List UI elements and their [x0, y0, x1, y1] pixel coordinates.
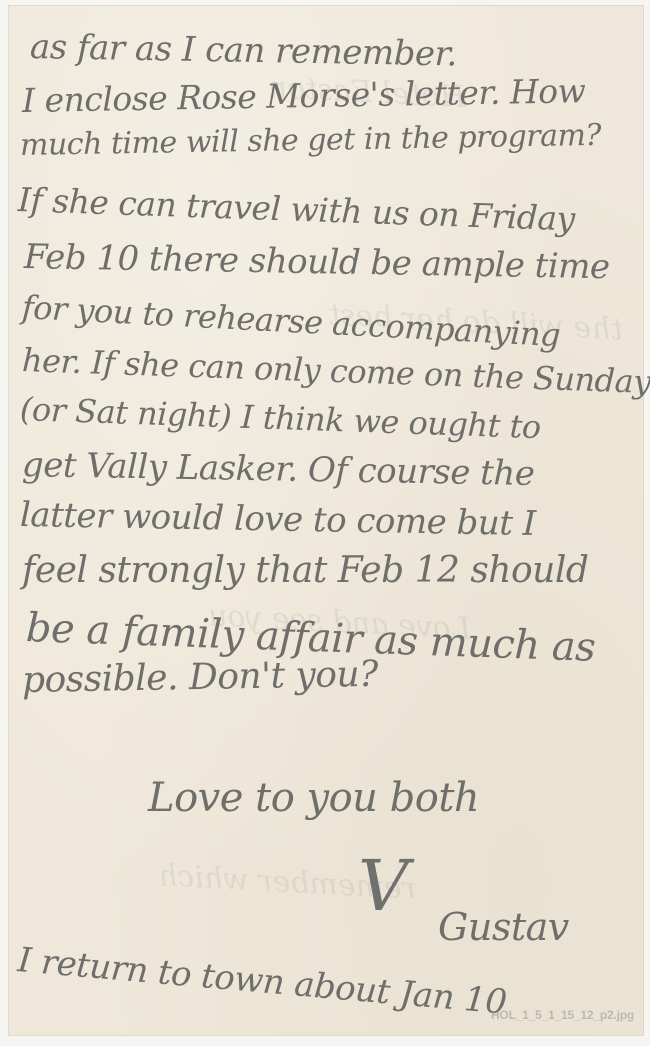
letter-line: as far as I can remember. [30, 27, 458, 74]
letter-line: latter would love to come but I [20, 495, 536, 544]
signature-name: Gustav [438, 905, 569, 949]
letter-postscript: I return to town about Jan 10 [16, 940, 508, 1023]
letter-line: If she can travel with us on Friday [17, 180, 575, 238]
letter-page: Hotel Easton the will do her best Love a… [8, 5, 644, 1036]
letter-line: feel strongly that Feb 12 should [22, 550, 588, 591]
letter-line: get Vally Lasker. Of course the [22, 445, 535, 494]
letter-line: I enclose Rose Morse's letter. How [22, 71, 586, 120]
letter-line: possible. Don't you? [22, 654, 379, 701]
letter-line: much time will she get in the program? [20, 118, 602, 163]
image-filename-watermark: HOL_1_5_1_15_12_p2.jpg [491, 1008, 634, 1022]
letter-closing: Love to you both [148, 775, 479, 821]
letter-line: (or Sat night) I think we ought to [19, 390, 541, 446]
letter-line: Feb 10 there should be ample time [24, 237, 610, 287]
signature-initial: V [358, 845, 408, 927]
